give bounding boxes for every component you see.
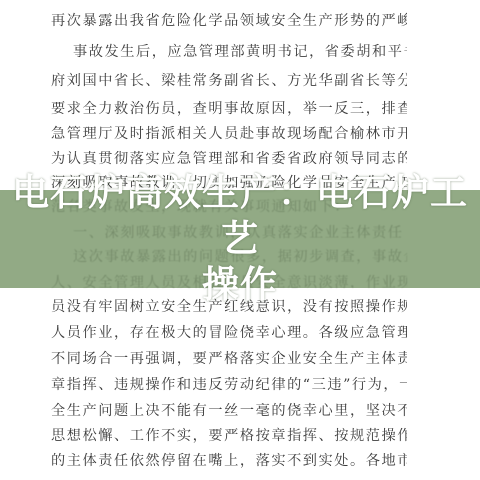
document-line: 的主体责任依然停留在嘴上，落实不到实处。各地市要积极采取: [51, 452, 407, 470]
document-line: 再次暴露出我省危险化学品领域安全生产形势的严峻性、复杂性。: [51, 12, 407, 30]
title-banner: 范各类事故发生，现就有关事项通知如下： 一、深刻吸取事故教训，认真落实企业主体责…: [0, 190, 480, 288]
document-line: 急管理厅及时指派相关人员赴事故现场配合榆林市开展处置工作。: [51, 125, 407, 143]
banner-title-line-2: 操作: [202, 262, 278, 308]
document-line: 要求全力救治伤员，查明事故原因，举一反三，排查隐患。省应: [51, 100, 407, 118]
document-line: 思想松懈、工作不实，要严格按章指挥、按规范操作，但是企业: [51, 427, 407, 445]
banner-title-line-1: 电石炉高效生产：电石炉工艺: [0, 170, 480, 262]
document-line: 事故发生后，应急管理部黄明书记，省委胡和平书记，省政: [73, 43, 407, 61]
document-line: 为认真贯彻落实应急管理部和省委省政府领导同志的批示精神，: [51, 150, 407, 168]
document-line: 不同场合一再强调，要严格落实企业安全生产主体责任，杜绝违: [51, 350, 407, 368]
document-line: 府刘国中省长、梁桂常务副省长、方光华副省长等分别作出批示，: [51, 72, 407, 90]
document-line: 人员作业，存在极大的冒险侥幸心理。各级应急管理部门在各种: [51, 324, 407, 342]
document-line: 章指挥、违规操作和违反劳动纪律的“三违”行为，一再强调安: [51, 376, 407, 394]
document-line: 全生产问题上决不能有一丝一毫的侥幸心里，坚决不能管理缺位、: [51, 402, 407, 420]
banner-title: 电石炉高效生产：电石炉工艺 操作: [0, 190, 480, 288]
